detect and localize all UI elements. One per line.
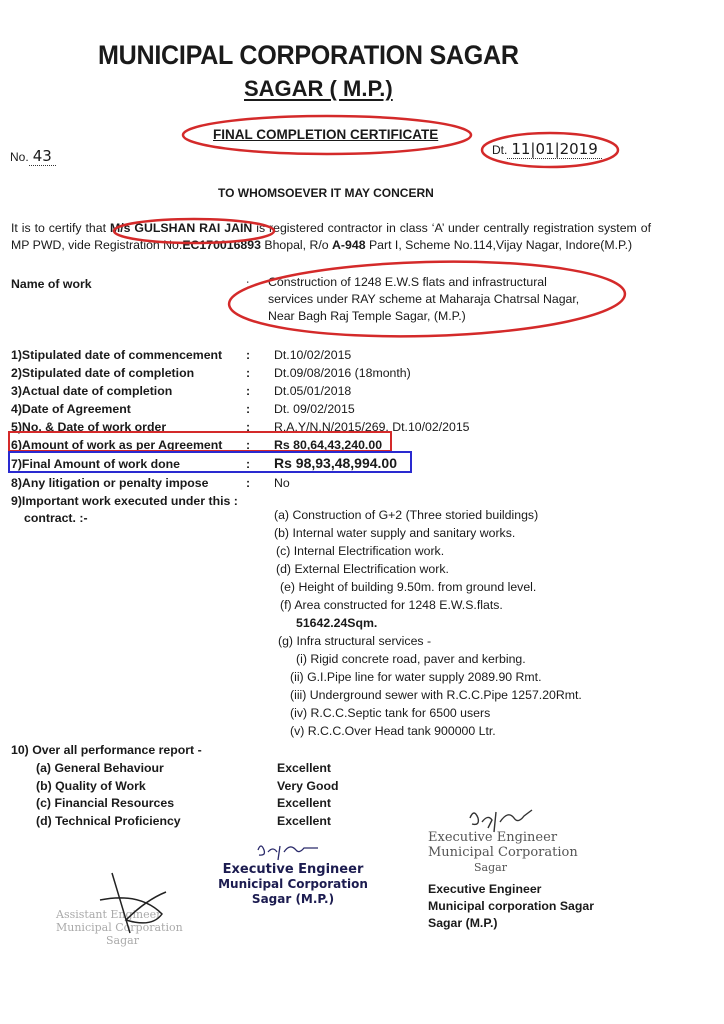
detail-label: 4)Date of Agreement bbox=[11, 402, 131, 416]
date-value: 11|01|2019 bbox=[511, 140, 597, 158]
stamp-line: Sagar (M.P.) bbox=[218, 892, 368, 907]
stamp-line: Municipal Corporation bbox=[56, 921, 183, 934]
date-label: Dt. bbox=[492, 143, 507, 157]
stamp-line: Municipal Corporation bbox=[218, 877, 368, 892]
stamp-center: Executive Engineer Municipal Corporation… bbox=[218, 862, 368, 907]
detail-colon: : bbox=[246, 402, 250, 416]
work-item: (i) Rigid concrete road, paver and kerbi… bbox=[296, 652, 526, 666]
detail-label: 8)Any litigation or penalty impose bbox=[11, 476, 208, 490]
contractor-name: M/s GULSHAN RAI JAIN bbox=[110, 221, 252, 235]
certificate-date: Dt.11|01|2019 bbox=[492, 140, 602, 159]
work-item: (g) Infra structural services - bbox=[278, 634, 431, 648]
address-number: A-948 bbox=[332, 238, 366, 252]
work-item: (f) Area constructed for 1248 E.W.S.flat… bbox=[280, 598, 503, 612]
detail-value: Dt.09/08/2016 (18month) bbox=[274, 366, 411, 380]
name-of-work-text: Construction of 1248 E.W.S flats and inf… bbox=[268, 274, 648, 325]
performance-value: Excellent bbox=[277, 796, 331, 810]
name-of-work-label: Name of work bbox=[11, 277, 92, 291]
work-item: (c) Internal Electrification work. bbox=[276, 544, 444, 558]
signer-location: Sagar (M.P.) bbox=[428, 915, 594, 932]
detail-label: 3)Actual date of completion bbox=[11, 384, 172, 398]
stamp-line: Municipal Corporation bbox=[428, 845, 578, 860]
signer-org: Municipal corporation Sagar bbox=[428, 898, 594, 915]
work-line: Construction of 1248 E.W.S flats and inf… bbox=[268, 274, 648, 291]
work-line: services under RAY scheme at Maharaja Ch… bbox=[268, 291, 648, 308]
work-item: (iii) Underground sewer with R.C.C.Pipe … bbox=[290, 688, 582, 702]
registration-number: EC170016893 bbox=[182, 238, 261, 252]
detail-label: 9)Important work executed under this : bbox=[11, 494, 238, 508]
salutation: TO WHOMSOEVER IT MAY CONCERN bbox=[218, 186, 434, 200]
number-label: No. bbox=[10, 150, 29, 164]
stamp-line: Sagar bbox=[56, 934, 183, 947]
work-item: (v) R.C.C.Over Head tank 900000 Ltr. bbox=[290, 724, 496, 738]
performance-value: Excellent bbox=[277, 814, 331, 828]
stamp-left: Assistant Engineer Municipal Corporation… bbox=[56, 908, 183, 947]
organization-title: MUNICIPAL CORPORATION SAGAR bbox=[98, 40, 519, 71]
final-amount-highlight bbox=[8, 451, 412, 473]
work-item: (iv) R.C.C.Septic tank for 6500 users bbox=[290, 706, 490, 720]
detail-colon: : bbox=[246, 384, 250, 398]
signer-block: Executive Engineer Municipal corporation… bbox=[428, 881, 594, 932]
number-value: 43 bbox=[33, 147, 52, 165]
performance-label: (b) Quality of Work bbox=[36, 779, 146, 793]
performance-value: Very Good bbox=[277, 779, 339, 793]
detail-label: 2)Stipulated date of completion bbox=[11, 366, 194, 380]
work-line: Near Bagh Raj Temple Sagar, (M.P.) bbox=[268, 308, 648, 325]
stamp-right: Executive Engineer Municipal Corporation… bbox=[428, 830, 578, 875]
detail-colon: : bbox=[246, 348, 250, 362]
signer-title: Executive Engineer bbox=[428, 881, 594, 898]
intro-paragraph: It is to certify that M/s GULSHAN RAI JA… bbox=[11, 220, 651, 253]
agreement-amount-highlight bbox=[8, 431, 392, 452]
stamp-line: Executive Engineer bbox=[428, 830, 578, 845]
contract-label: contract. :- bbox=[24, 511, 88, 525]
name-of-work-colon: : bbox=[246, 277, 249, 291]
detail-value: No bbox=[274, 476, 290, 490]
signature-right bbox=[470, 810, 532, 832]
stamp-line: Sagar bbox=[428, 860, 578, 875]
detail-colon: : bbox=[246, 366, 250, 380]
work-item: (e) Height of building 9.50m. from groun… bbox=[280, 580, 536, 594]
detail-colon: : bbox=[246, 476, 250, 490]
detail-value: Dt. 09/02/2015 bbox=[274, 402, 355, 416]
stamp-line: Executive Engineer bbox=[218, 862, 368, 877]
performance-title: 10) Over all performance report - bbox=[11, 743, 202, 757]
performance-label: (d) Technical Proficiency bbox=[36, 814, 181, 828]
detail-value: Dt.05/01/2018 bbox=[274, 384, 351, 398]
work-item: (ii) G.I.Pipe line for water supply 2089… bbox=[290, 670, 542, 684]
certificate-number: No.43 bbox=[10, 147, 56, 166]
intro-suffix: Part I, Scheme No.114,Vijay Nagar, Indor… bbox=[366, 238, 633, 252]
work-item: (a) Construction of G+2 (Three storied b… bbox=[274, 508, 538, 522]
stamp-line: Assistant Engineer bbox=[56, 908, 183, 921]
signature-center bbox=[258, 846, 318, 860]
detail-label: 1)Stipulated date of commencement bbox=[11, 348, 222, 362]
performance-label: (a) General Behaviour bbox=[36, 761, 164, 775]
performance-value: Excellent bbox=[277, 761, 331, 775]
work-item: 51642.24Sqm. bbox=[296, 616, 377, 630]
location-title: SAGAR ( M.P.) bbox=[244, 76, 393, 102]
work-item: (d) External Electrification work. bbox=[276, 562, 449, 576]
certificate-title: FINAL COMPLETION CERTIFICATE bbox=[213, 127, 438, 142]
intro-middle2: Bhopal, R/o bbox=[261, 238, 332, 252]
work-item: (b) Internal water supply and sanitary w… bbox=[274, 526, 515, 540]
intro-prefix: It is to certify that bbox=[11, 221, 110, 235]
performance-label: (c) Financial Resources bbox=[36, 796, 174, 810]
detail-value: Dt.10/02/2015 bbox=[274, 348, 351, 362]
